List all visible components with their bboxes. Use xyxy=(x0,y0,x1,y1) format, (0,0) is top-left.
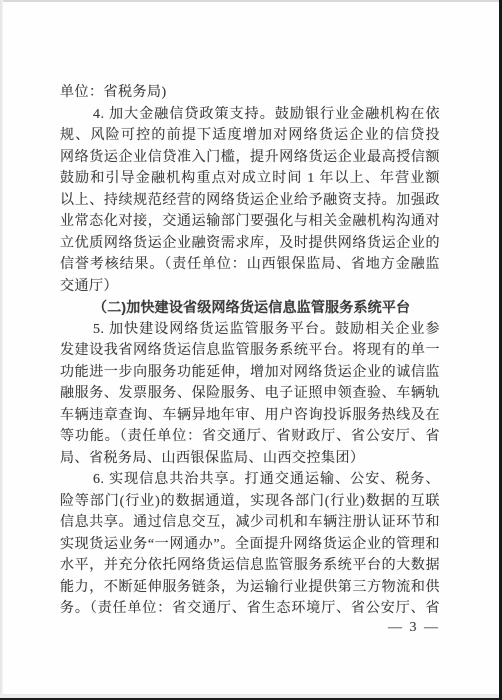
text-line: 网络货运企业信贷准入门槛，提升网络货运企业最高授信额度。 xyxy=(60,147,440,169)
text-line: 水平，并充分依托网络货运信息监管服务系统平台的大数据分析 xyxy=(60,555,440,577)
text-line: 立优质网络货运企业融资需求库，及时提供网络货运企业的质量 xyxy=(60,233,440,255)
text-line: 业常态化对接，交通运输部门要强化与相关金融机构沟通对接，建 xyxy=(60,211,440,233)
text-line: 车辆违章查询、车辆异地年审、用户咨询投诉服务热线及在线服务 xyxy=(60,405,440,427)
scan-edge-left xyxy=(0,0,3,700)
text-line: 务。（责任单位：省交通厅、省生态环境厅、省公安厅、省税务局、山 xyxy=(60,598,440,620)
text-line: 实现货运业务“一网通办”。全面提升网络货运企业的管理和服务 xyxy=(60,534,440,556)
text-line: 局、省税务局、山西银保监局、山西交控集团） xyxy=(60,448,440,470)
page-number: — 3 — xyxy=(388,618,440,638)
text-line: 规、风险可控的前提下适度增加对网络货运企业的信贷投放，降低 xyxy=(60,125,440,147)
text-line: 能力，不断延伸服务链条，为运输行业提供第三方物流和供应链服 xyxy=(60,577,440,599)
text-line: 4. 加大金融信贷政策支持。鼓励银行业金融机构在依法合 xyxy=(60,104,440,126)
text-line: 信誉考核结果。（责任单位：山西银保监局、省地方金融监管局、省 xyxy=(60,254,440,276)
text-line: 交通厅） xyxy=(60,276,440,298)
text-line: 信息共享。通过信息交互，减少司机和车辆注册认证环节和程序， xyxy=(60,512,440,534)
text-line: 功能进一步向服务功能延伸，增加对网络货运企业的诚信监管、金 xyxy=(60,362,440,384)
text-line: 发建设我省网络货运信息监管服务系统平台。将现有的单一监管 xyxy=(60,340,440,362)
scanned-document-page: 单位：省税务局)4. 加大金融信贷政策支持。鼓励银行业金融机构在依法合规、风险可… xyxy=(0,0,502,700)
text-line: 单位：省税务局) xyxy=(60,82,440,104)
scan-edge-top xyxy=(0,0,502,2)
text-line: 鼓励和引导金融机构重点对成立时间 1 年以上、年营业额 10 亿元 xyxy=(60,168,440,190)
section-heading: （二)加快建设省级网络货运信息监管服务系统平台 xyxy=(60,297,440,319)
text-line: 等功能。（责任单位：省交通厅、省财政厅、省公安厅、省政务信息 xyxy=(60,426,440,448)
text-line: 融服务、发票服务、保险服务、电子证照申领查验、车辆轨迹核查、 xyxy=(60,383,440,405)
text-line: 5. 加快建设网络货运监管服务平台。鼓励相关企业参与开 xyxy=(60,319,440,341)
text-line: 险等部门(行业)的数据通道，实现各部门(行业)数据的互联互通、 xyxy=(60,491,440,513)
text-line: 以上、持续规范经营的网络货运企业给予融资支持。加强政府企 xyxy=(60,190,440,212)
text-line: 6. 实现信息共治共享。打通交通运输、公安、税务、金融、保 xyxy=(60,469,440,491)
document-text-block: 单位：省税务局)4. 加大金融信贷政策支持。鼓励银行业金融机构在依法合规、风险可… xyxy=(60,82,440,620)
